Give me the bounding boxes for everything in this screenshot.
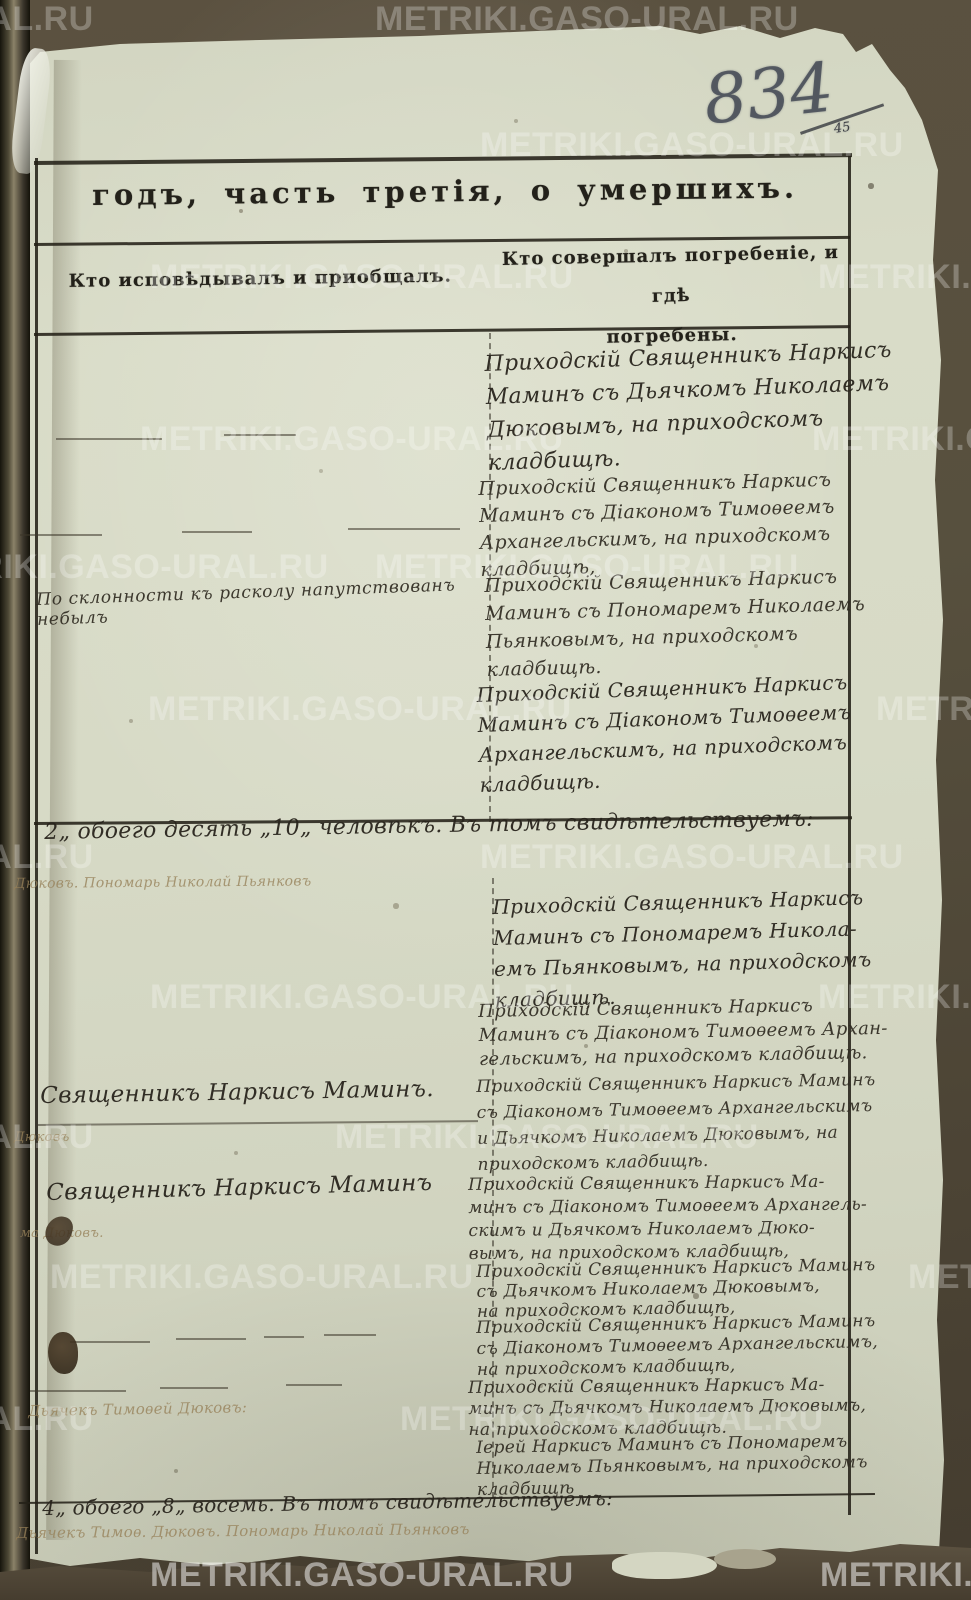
watermark-text: METRIKI.GASO-URAL.RU [812, 420, 971, 459]
watermark-text: METRIKI.GASO-URAL.RU [150, 978, 574, 1017]
watermark-text: METRIKI.GASO-URAL.RU [0, 1400, 94, 1439]
watermark-layer: METRIKI.GASO-URAL.RU METRIKI.GASO-URAL.R… [0, 0, 971, 1600]
watermark-text: METRIKI.GASO-URAL.RU [150, 258, 574, 297]
watermark-text: METRIKI.GASO-URAL.RU [818, 978, 971, 1017]
watermark-text: METRIKI.GASO-URAL.RU [876, 690, 971, 729]
watermark-text: METRIKI.GASO-URAL.RU [0, 838, 94, 877]
watermark-text: METRIKI.GASO-URAL.RU [0, 0, 94, 39]
watermark-text: METRIKI.GASO-URAL.RU [375, 0, 799, 39]
watermark-text: METRIKI.GASO-URAL.RU [375, 548, 799, 587]
watermark-text: METRIKI.GASO-URAL.RU [480, 126, 904, 165]
watermark-text: METRIKI.GASO-URAL.RU [818, 258, 971, 297]
watermark-text: METRIKI.GASO-URAL.RU [150, 1556, 574, 1595]
watermark-text: METRIKI.GASO-URAL.RU [148, 690, 572, 729]
watermark-text: METRIKI.GASO-URAL.RU [908, 1258, 971, 1297]
archival-scan: годъ, часть третія, о умершихъ. Кто испо… [0, 0, 971, 1600]
watermark-text: METRIKI.GASO-URAL.RU [335, 1118, 759, 1157]
watermark-text: METRIKI.GASO-URAL.RU [480, 838, 904, 877]
watermark-text: METRIKI.GASO-URAL.RU [400, 1400, 824, 1439]
watermark-text: METRIKI.GASO-URAL.RU [140, 420, 564, 459]
watermark-text: METRIKI.GASO-URAL.RU [0, 548, 329, 587]
watermark-text: METRIKI.GASO-URAL.RU [820, 1556, 971, 1595]
watermark-text: METRIKI.GASO-URAL.RU [50, 1258, 474, 1297]
watermark-text: METRIKI.GASO-URAL.RU [0, 1118, 94, 1157]
